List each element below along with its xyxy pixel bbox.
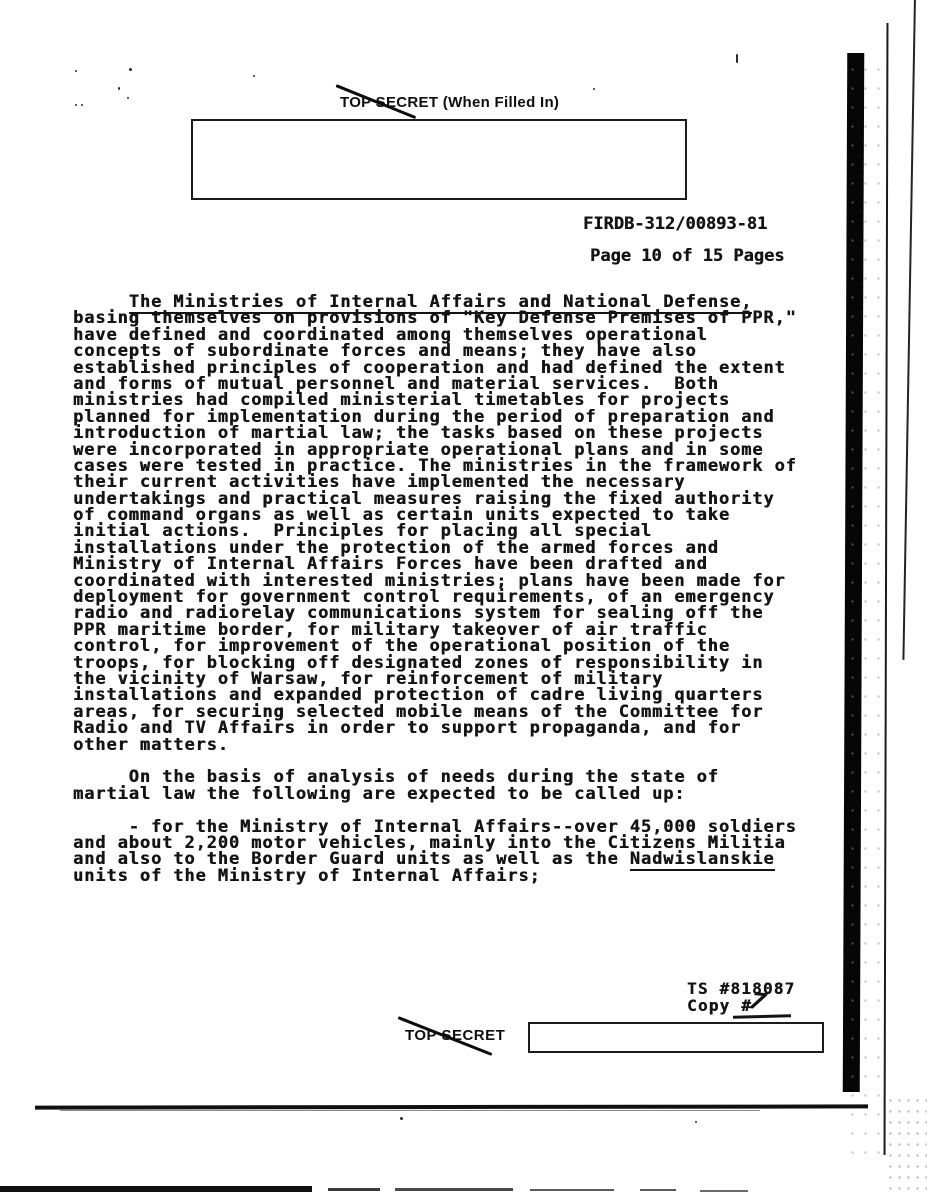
scan-speck	[75, 70, 77, 72]
scan-noise-column	[846, 60, 888, 1160]
classification-header-text: TOP SECRET (When Filled In)	[340, 94, 559, 111]
scan-bottom-edge	[530, 1189, 614, 1191]
body-line: martial law the following are expected t…	[73, 786, 797, 802]
scan-noise-corner	[886, 1095, 927, 1192]
classification-header: TOP SECRET (When Filled In)	[340, 94, 559, 111]
scanned-document-page: TOP SECRET (When Filled In) FIRDB-312/00…	[0, 0, 927, 1192]
scan-bottom-edge	[395, 1188, 513, 1191]
scan-bottom-edge	[0, 1186, 312, 1192]
scan-speck	[695, 1121, 697, 1123]
page-bottom-rule-shadow	[60, 1110, 760, 1111]
copy-number-label: Copy #	[687, 996, 752, 1015]
classification-stamp-box-bottom	[528, 1022, 824, 1053]
page-bottom-rule	[35, 1104, 868, 1109]
copy-number-underline	[733, 1014, 791, 1019]
scan-speck	[81, 104, 83, 106]
scan-bottom-edge	[640, 1189, 676, 1191]
body-line: other matters.	[73, 737, 797, 753]
document-body-text: The Ministries of Internal Affairs and N…	[73, 294, 797, 884]
scan-speck	[253, 75, 255, 77]
scan-speck	[127, 97, 129, 99]
document-number: FIRDB-312/00893-81	[583, 214, 767, 234]
page-number-label: Page 10 of 15 Pages	[590, 246, 784, 266]
scan-speck	[736, 54, 738, 63]
scan-edge-line	[902, 0, 916, 660]
scan-bottom-edge	[328, 1188, 380, 1191]
scan-speck	[129, 68, 132, 71]
classification-stamp-box-top	[191, 119, 687, 200]
scan-speck	[118, 87, 120, 90]
underlined-text: Nadwislanskie	[630, 849, 775, 871]
scan-speck	[400, 1117, 403, 1120]
scan-speck	[75, 104, 77, 106]
scan-speck	[593, 88, 595, 90]
